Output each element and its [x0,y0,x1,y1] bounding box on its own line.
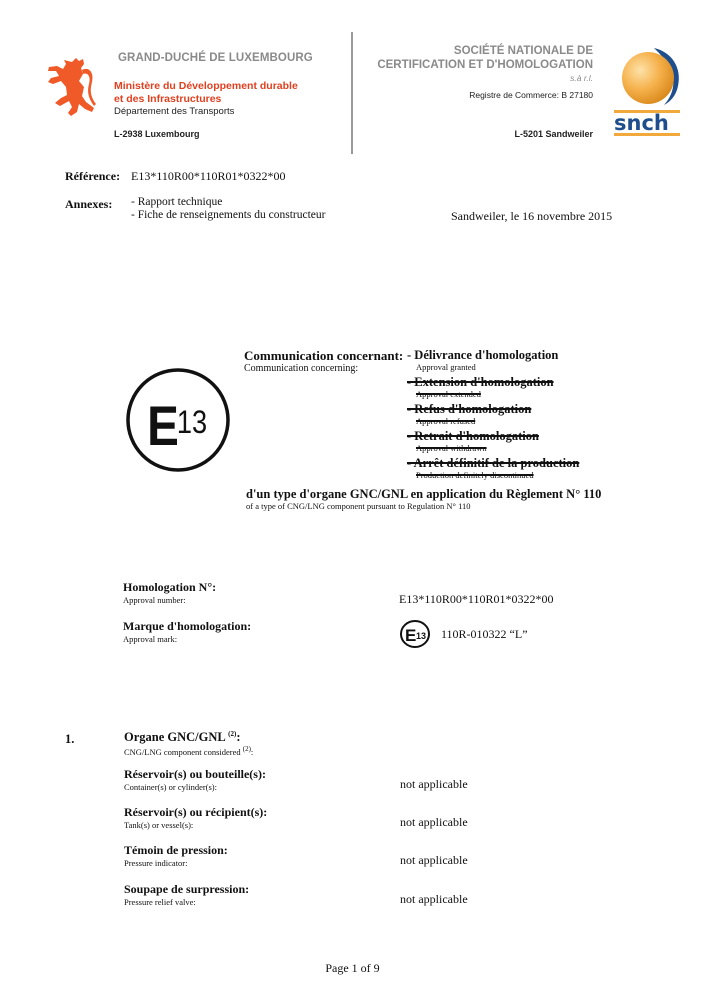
option-fr: - Refus d'homologation [407,402,579,416]
org-line-1: SOCIÉTÉ NATIONALE DE [377,44,593,58]
colon: : [236,730,240,744]
communication-options: - Délivrance d'homologation Approval gra… [407,348,579,483]
field-value: not applicable [400,892,468,907]
approval-number-value: E13*110R00*110R01*0322*00 [399,592,553,607]
reference-label: Référence: [65,169,120,184]
ministry-line-2: et des Infrastructures [114,93,298,106]
field-label-en: Pressure relief valve: [124,897,196,907]
snch-address: L-5201 Sandweiler [514,129,593,139]
place-date: Sandweiler, le 16 novembre 2015 [451,209,612,224]
svg-text:13: 13 [416,631,426,641]
annex-item: - Rapport technique [131,196,325,209]
option-en: Approval refused [416,416,579,427]
section-title-en: CNG/LNG component considered (2): [124,745,253,757]
section-title-en-text: CNG/LNG component considered [124,747,241,757]
page-number: Page 1 of 9 [0,961,705,976]
field-label-fr: Réservoir(s) ou récipient(s): [124,805,267,820]
annexes-label: Annexes: [65,197,112,212]
svg-text:snch: snch [614,111,669,135]
option-en: Approval extended [416,389,579,400]
communication-label-en: Communication concerning: [244,363,358,374]
option-production-discontinued: - Arrêt définitif de la production Produ… [407,456,579,481]
option-fr: - Retrait d'homologation [407,429,579,443]
field-label-fr: Soupape de surpression: [124,882,249,897]
field-label-en: Tank(s) or vessel(s): [124,820,193,830]
field-value: not applicable [400,815,468,830]
ministry-name: Ministère du Développement durable et de… [114,80,298,106]
section-title-text: Organe GNC/GNL [124,730,225,744]
component-type-en: of a type of CNG/LNG component pursuant … [246,501,471,511]
field-label-en: Pressure indicator: [124,858,188,868]
option-fr: - Délivrance d'homologation [407,348,579,362]
colon: : [251,747,253,757]
department-name: Département des Transports [114,106,234,117]
approval-mark-value: 110R-010322 “L” [441,627,528,642]
field-value: not applicable [400,853,468,868]
option-approval-withdrawn: - Retrait d'homologation Approval withdr… [407,429,579,454]
legal-form: s.à r.l. [570,73,593,83]
option-approval-refused: - Refus d'homologation Approval refused [407,402,579,427]
option-en: Approval withdrawn [416,443,579,454]
option-fr: - Extension d'homologation [407,375,579,389]
option-approval-extended: - Extension d'homologation Approval exte… [407,375,579,400]
approval-number-label-fr: Homologation N°: [123,580,216,595]
ministry-line-1: Ministère du Développement durable [114,80,298,93]
country-title: GRAND-DUCHÉ DE LUXEMBOURG [118,52,313,64]
annex-item: - Fiche de renseignements du constructeu… [131,209,325,222]
svg-text:13: 13 [177,405,207,441]
footnote-ref: (2) [243,745,251,753]
header-divider [351,32,353,154]
component-type-fr: d'un type d'organe GNC/GNL en applicatio… [246,487,601,502]
snch-org-name: SOCIÉTÉ NATIONALE DE CERTIFICATION ET D'… [377,44,593,72]
field-label-fr: Réservoir(s) ou bouteille(s): [124,767,266,782]
trade-registry: Registre de Commerce: B 27180 [469,90,593,100]
field-value: not applicable [400,777,468,792]
snch-logo: snch [610,42,690,138]
option-fr: - Arrêt définitif de la production [407,456,579,470]
e13-approval-mark-icon: E 13 [125,367,231,473]
approval-number-label-en: Approval number: [123,595,186,605]
svg-text:E: E [147,395,179,457]
option-approval-granted: - Délivrance d'homologation Approval gra… [407,348,579,373]
red-lion-icon [42,56,98,126]
option-en: Production definitely discontinued [416,470,579,481]
snch-sphere-logo-icon: snch [610,42,690,138]
section-number: 1. [65,732,74,747]
approval-mark-label-en: Approval mark: [123,634,177,644]
section-title-fr: Organe GNC/GNL (2): [124,730,241,745]
svg-text:E: E [405,626,416,645]
field-label-fr: Témoin de pression: [124,843,228,858]
reference-value: E13*110R00*110R01*0322*00 [131,169,285,184]
e13-small-mark-icon: E 13 [399,619,435,649]
org-line-2: CERTIFICATION ET D'HOMOLOGATION [377,58,593,72]
option-en: Approval granted [416,362,579,373]
field-label-en: Container(s) or cylinder(s): [124,782,217,792]
approval-mark-label-fr: Marque d'homologation: [123,619,251,634]
communication-label-fr: Communication concernant: [244,348,403,364]
ministry-address: L-2938 Luxembourg [114,129,200,139]
annexes-list: - Rapport technique - Fiche de renseigne… [131,196,325,222]
